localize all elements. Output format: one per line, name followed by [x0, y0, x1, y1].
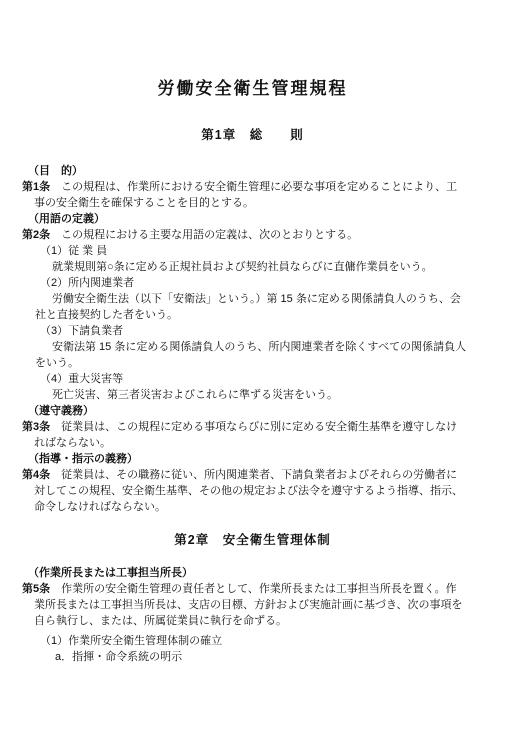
- article-text: この規程は、作業所における安全衛生管理に必要な事項を定めることにより、工: [61, 181, 457, 193]
- section-heading-site-manager: （作業所長または工事担当所長）: [28, 565, 483, 581]
- article-text: 作業所の安全衛生管理の責任者として、作業所長または工事担当所長を置く。作: [61, 583, 457, 595]
- section-heading-compliance: （遵守義務）: [28, 403, 483, 419]
- article-number: 第1条: [22, 181, 61, 193]
- section-heading-guidance: （指導・指示の義務）: [28, 451, 483, 467]
- definition-item-3: （3）下請負業者: [40, 323, 483, 339]
- article-number: 第4条: [22, 469, 61, 481]
- article-line: 第1条この規程は、作業所における安全衛生管理に必要な事項を定めることにより、工: [22, 179, 483, 195]
- article-2: 第2条この規程における主要な用語の定義は、次のとおりとする。: [22, 227, 483, 243]
- article-line: 業所長または工事担当所長は、支店の目標、方針および実施計画に基づき、次の事項を: [34, 597, 483, 613]
- article-number: 第5条: [22, 583, 61, 595]
- section-heading-definitions: （用語の定義）: [28, 211, 483, 227]
- document-title: 労働安全衛生管理規程: [22, 78, 483, 100]
- section-heading-purpose: （目 的）: [28, 163, 483, 179]
- chapter-2-heading: 第2章 安全衛生管理体制: [22, 533, 483, 548]
- article-line: ればならない。: [34, 435, 483, 451]
- definition-item-4: （4）重大災害等: [40, 371, 483, 387]
- definition-desc-1: 就業規則第○条に定める正規社員および契約社員ならびに直傭作業員をいう。: [22, 259, 483, 275]
- article-number: 第2条: [22, 229, 61, 241]
- sub-item-a: a．指揮・命令系統の明示: [55, 649, 483, 665]
- definition-desc-line: 死亡災害、第三者災害およびこれらに準ずる災害をいう。: [52, 387, 483, 403]
- article-text: 従業員は、その職務に従い、所内関連業者、下請負業者およびそれらの労働者に: [61, 469, 457, 481]
- article-text: 従業員は、この規程に定める事項ならびに別に定める安全衛生基準を遵守しなけ: [61, 421, 457, 433]
- definition-desc-3: 安衛法第 15 条に定める関係請負人のうち、所内関連業者を除くすべての関係請負人…: [22, 339, 483, 371]
- article-5: 第5条作業所の安全衛生管理の責任者として、作業所長または工事担当所長を置く。作 …: [22, 581, 483, 629]
- article-text: この規程における主要な用語の定義は、次のとおりとする。: [61, 229, 358, 241]
- article-line: 自ら執行し、または、所属従業員に執行を命ずる。: [34, 613, 483, 629]
- article-line: 第3条従業員は、この規程に定める事項ならびに別に定める安全衛生基準を遵守しなけ: [22, 419, 483, 435]
- chapter-1-heading: 第1章 総 則: [22, 128, 483, 143]
- definition-desc-line: 就業規則第○条に定める正規社員および契約社員ならびに直傭作業員をいう。: [52, 259, 483, 275]
- list-item-1: （1）作業所安全衛生管理体制の確立: [40, 633, 483, 649]
- document-page: 労働安全衛生管理規程 第1章 総 則 （目 的） 第1条この規程は、作業所におけ…: [0, 0, 505, 734]
- article-4: 第4条従業員は、その職務に従い、所内関連業者、下請負業者およびそれらの労働者に …: [22, 467, 483, 515]
- article-line: 命令しなければならない。: [34, 499, 483, 515]
- article-line: 事の安全衛生を確保することを目的とする。: [34, 195, 483, 211]
- definition-desc-4: 死亡災害、第三者災害およびこれらに準ずる災害をいう。: [22, 387, 483, 403]
- definition-desc-line: をいう。: [35, 355, 483, 371]
- article-line: 第4条従業員は、その職務に従い、所内関連業者、下請負業者およびそれらの労働者に: [22, 467, 483, 483]
- definition-item-2: （2）所内関連業者: [40, 275, 483, 291]
- definition-item-1: （1）従 業 員: [40, 243, 483, 259]
- article-number: 第3条: [22, 421, 61, 433]
- article-1: 第1条この規程は、作業所における安全衛生管理に必要な事項を定めることにより、工 …: [22, 179, 483, 211]
- article-line: 第5条作業所の安全衛生管理の責任者として、作業所長または工事担当所長を置く。作: [22, 581, 483, 597]
- article-line: 対してこの規程、安全衛生基準、その他の規定および法令を遵守するよう指導、指示、: [34, 483, 483, 499]
- article-3: 第3条従業員は、この規程に定める事項ならびに別に定める安全衛生基準を遵守しなけ …: [22, 419, 483, 451]
- definition-desc-line: 社と直接契約した者をいう。: [35, 307, 483, 323]
- definition-desc-line: 労働安全衛生法（以下「安衛法」という。）第 15 条に定める関係請負人のうち、会: [52, 291, 483, 307]
- definition-desc-line: 安衛法第 15 条に定める関係請負人のうち、所内関連業者を除くすべての関係請負人: [52, 339, 483, 355]
- article-line: 第2条この規程における主要な用語の定義は、次のとおりとする。: [22, 227, 483, 243]
- definition-desc-2: 労働安全衛生法（以下「安衛法」という。）第 15 条に定める関係請負人のうち、会…: [22, 291, 483, 323]
